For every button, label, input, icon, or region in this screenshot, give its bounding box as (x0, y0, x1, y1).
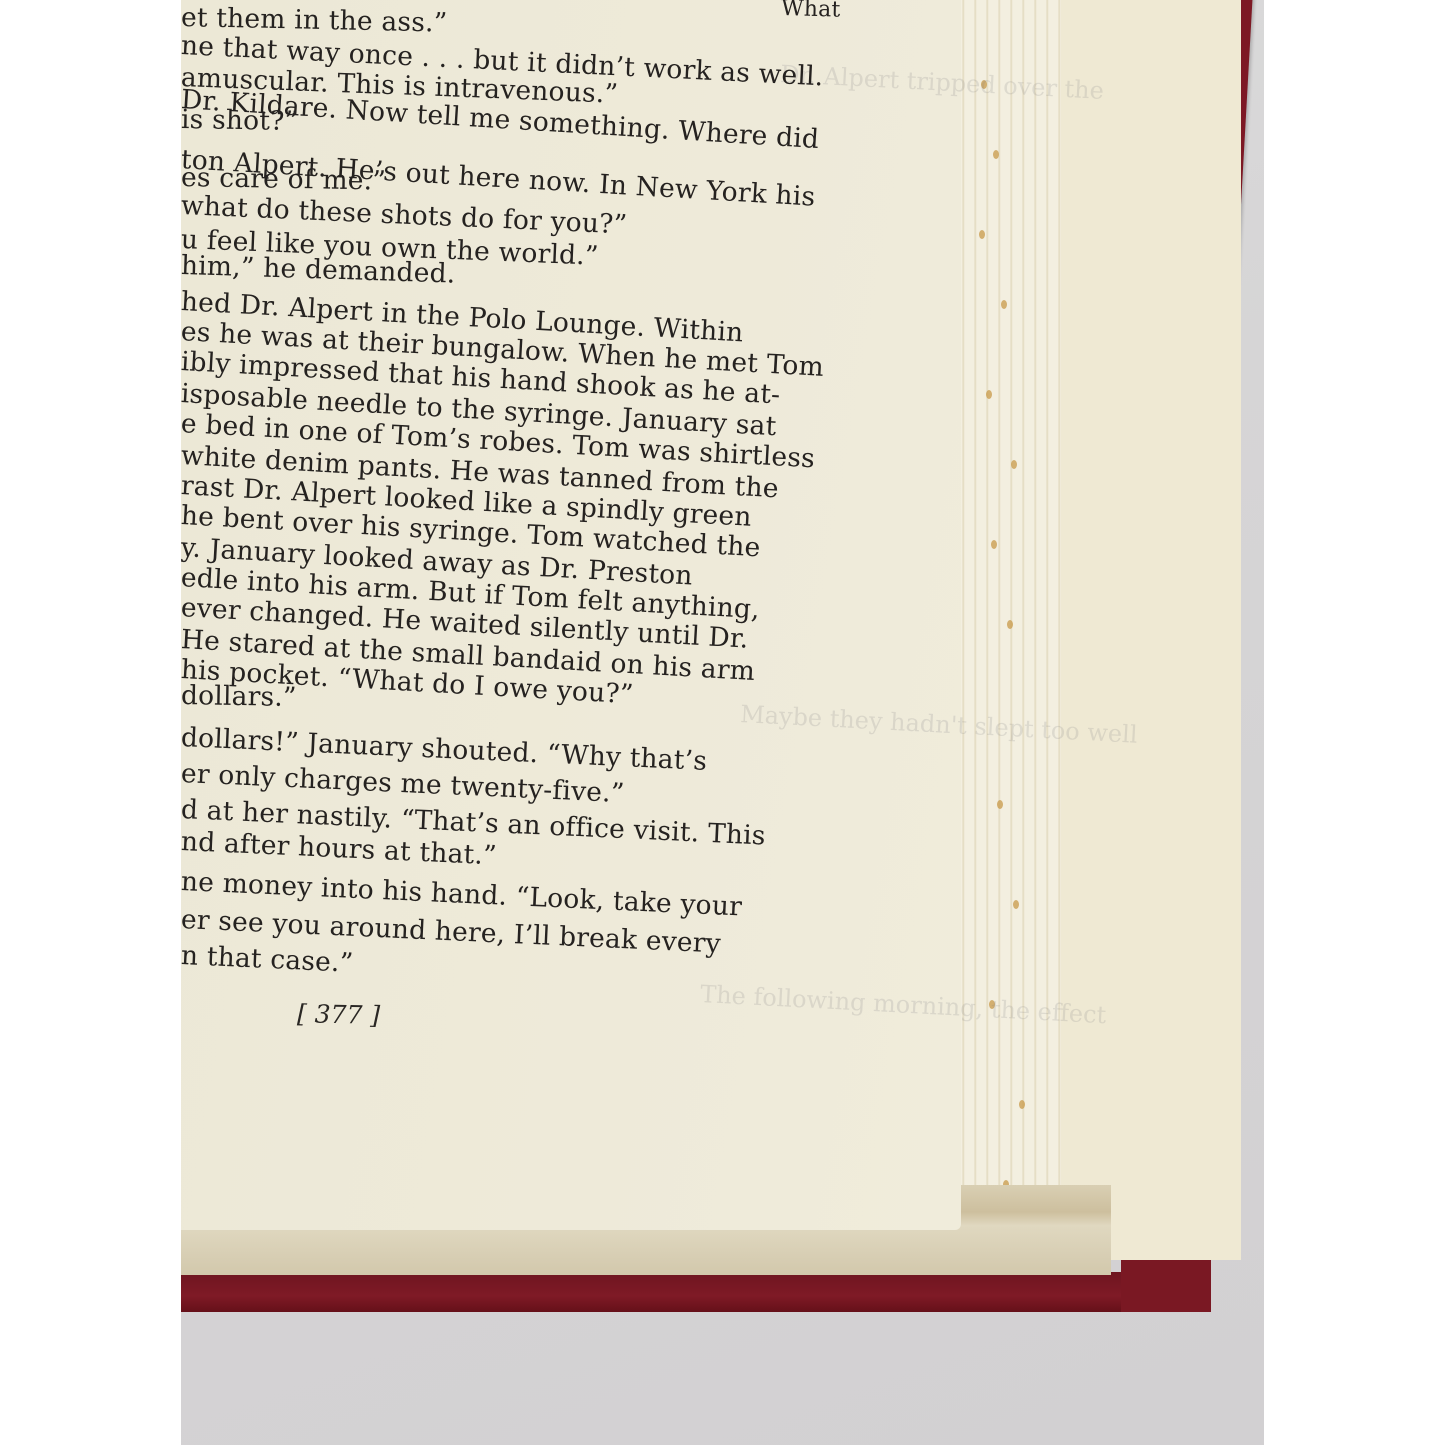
book-page: Dr. Alpert tripped over the Maybe they h… (181, 0, 961, 1230)
book-photo: Dr. Alpert tripped over the Maybe they h… (181, 0, 1264, 1445)
book-cover-edge-bottom (181, 1272, 1191, 1312)
text-fragment: What (781, 0, 841, 23)
text-line: is shot?” (181, 104, 299, 137)
endpaper (1051, 0, 1241, 1260)
text-line: dollars.” (181, 680, 297, 713)
text-line: n that case.” (181, 940, 354, 979)
page-number: [ 377 ] (297, 999, 381, 1030)
